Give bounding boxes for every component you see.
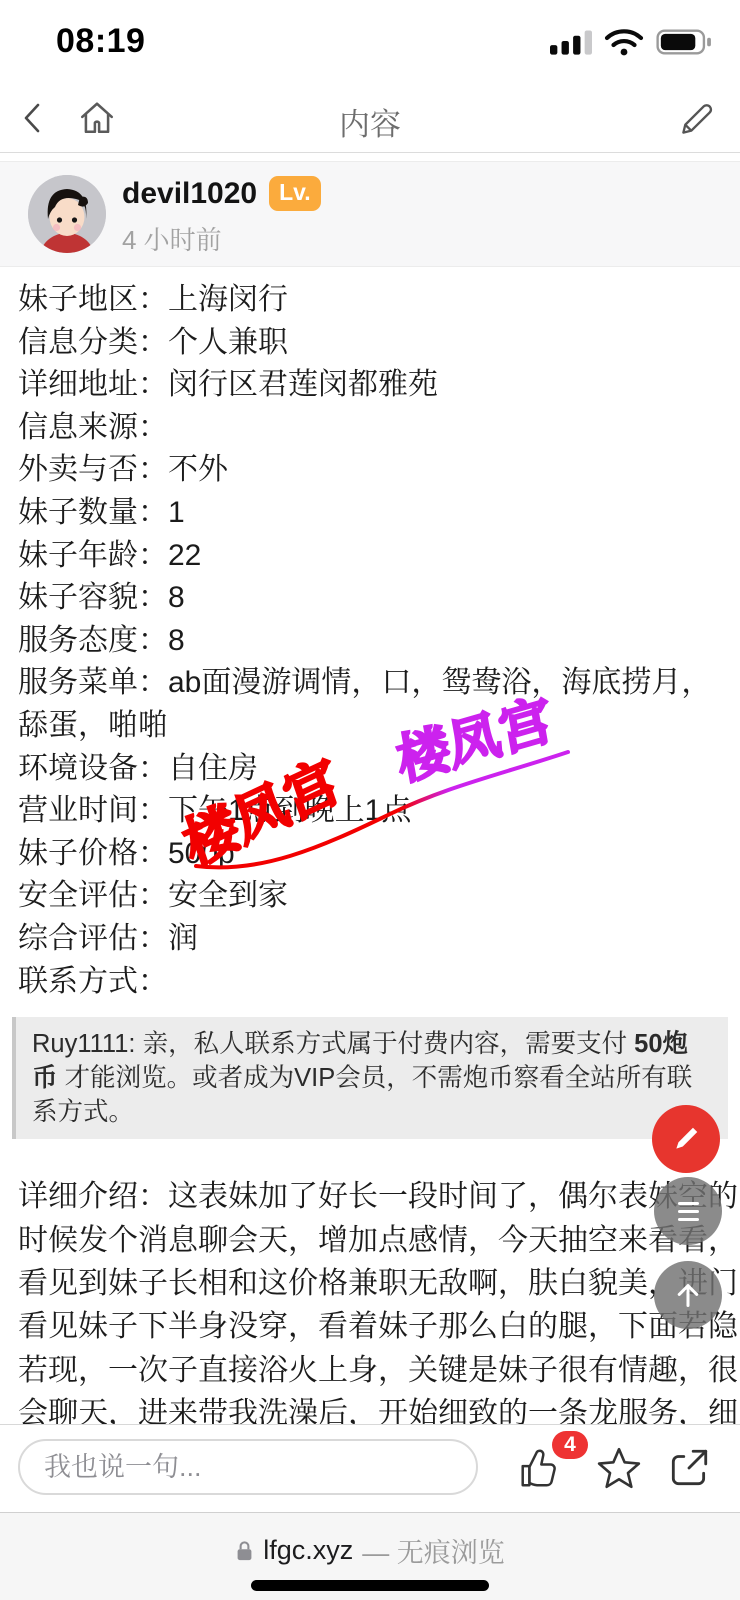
clock: 08:19 xyxy=(56,22,145,61)
battery-icon xyxy=(656,29,712,55)
post-time: 4 小时前 xyxy=(122,220,222,257)
avatar[interactable] xyxy=(28,175,106,253)
wifi-icon xyxy=(604,27,644,57)
menu-fab-button[interactable] xyxy=(654,1177,722,1245)
browser-bottom-bar: lfgc.xyz — 无痕浏览 xyxy=(0,1512,740,1600)
field-row: 营业时间：下午1点到晚上1点 xyxy=(18,790,740,833)
field-row: 外卖与否：不外 xyxy=(18,449,740,492)
field-row: 服务菜单：ab面漫游调情，口，鸳鸯浴，海底捞月，舔蛋，啪啪 xyxy=(18,662,740,747)
arrow-up-icon xyxy=(674,1281,702,1309)
compose-fab-button[interactable] xyxy=(652,1105,720,1173)
field-row: 安全评估：安全到家 xyxy=(18,875,740,918)
field-value: 自住房 xyxy=(168,752,258,785)
status-icons xyxy=(550,27,712,57)
field-label: 信息分类： xyxy=(18,326,168,359)
field-row: 综合评估：润 xyxy=(18,918,740,961)
author-name[interactable]: devil1020Lv. xyxy=(122,176,321,211)
field-value: 润 xyxy=(168,922,198,955)
author-section: devil1020Lv. 4 小时前 xyxy=(0,161,740,267)
field-value: 500p xyxy=(168,837,235,870)
field-label: 妹子容貌： xyxy=(18,581,168,614)
private-mode-label: — 无痕浏览 xyxy=(362,1531,505,1570)
field-value: 闵行区君莲闵都雅苑 xyxy=(168,368,438,401)
page-title: 内容 xyxy=(0,99,740,144)
field-value: 8 xyxy=(168,581,185,614)
menu-icon xyxy=(678,1202,699,1221)
status-bar: 08:19 xyxy=(0,0,740,85)
field-label: 妹子价格： xyxy=(18,837,168,870)
home-indicator[interactable] xyxy=(251,1580,489,1591)
field-label: 安全评估： xyxy=(18,879,168,912)
field-value: 下午1点到晚上1点 xyxy=(168,794,411,827)
field-row: 妹子价格：500p xyxy=(18,833,740,876)
field-label: 外卖与否： xyxy=(18,453,168,486)
field-row: 妹子容貌：8 xyxy=(18,577,740,620)
field-value: 8 xyxy=(168,624,185,657)
level-badge: Lv. xyxy=(269,176,321,211)
field-row: 联系方式： xyxy=(18,961,740,1004)
field-row: 环境设备：自住房 xyxy=(18,748,740,791)
phone-screen: 08:19 xyxy=(0,0,740,1600)
field-label: 妹子年龄： xyxy=(18,539,168,572)
field-list: 妹子地区：上海闵行 信息分类：个人兼职 详细地址：闵行区君莲闵都雅苑 信息来源：… xyxy=(18,279,740,1003)
nav-bar: 内容 xyxy=(0,85,740,153)
detail-paragraph: 详细介绍：这表妹加了好长一段时间了，偶尔表妹空的时候发个消息聊会天，增加点感情，… xyxy=(18,1175,740,1424)
field-label: 妹子数量： xyxy=(18,496,168,529)
field-label: 服务菜单： xyxy=(18,666,168,699)
favorite-star-icon[interactable] xyxy=(596,1445,642,1491)
lock-icon xyxy=(235,1539,254,1563)
comment-input-pill[interactable] xyxy=(18,1439,478,1495)
url-domain: lfgc.xyz xyxy=(263,1535,353,1566)
field-value: 1 xyxy=(168,496,185,529)
field-value: 不外 xyxy=(168,453,228,486)
edit-pencil-icon[interactable] xyxy=(676,99,714,137)
paywall-notice: Ruy1111: 亲，私人联系方式属于付费内容，需要支付 50炮币 才能浏览。或… xyxy=(12,1017,728,1139)
field-label: 环境设备： xyxy=(18,752,168,785)
field-value: 个人兼职 xyxy=(168,326,288,359)
field-label: 妹子地区： xyxy=(18,283,168,316)
address-display[interactable]: lfgc.xyz — 无痕浏览 xyxy=(0,1531,740,1570)
field-row: 服务态度：8 xyxy=(18,620,740,663)
field-row: 详细地址：闵行区君莲闵都雅苑 xyxy=(18,364,740,407)
field-label: 详细地址： xyxy=(18,368,168,401)
field-label: 营业时间： xyxy=(18,794,168,827)
field-label: 服务态度： xyxy=(18,624,168,657)
detail-label: 详细介绍： xyxy=(18,1180,168,1213)
scroll-top-fab-button[interactable] xyxy=(654,1261,722,1329)
field-label: 综合评估： xyxy=(18,922,168,955)
field-row: 信息来源： xyxy=(18,407,740,450)
detail-text: 这表妹加了好长一段时间了，偶尔表妹空的时候发个消息聊会天，增加点感情，今天抽空来… xyxy=(18,1180,738,1424)
cellular-signal-icon xyxy=(550,29,592,55)
field-row: 妹子地区：上海闵行 xyxy=(18,279,740,322)
field-value: 22 xyxy=(168,539,201,572)
field-label: 联系方式： xyxy=(18,965,168,998)
comment-bar: 4 xyxy=(0,1424,740,1513)
like-count-badge: 4 xyxy=(552,1431,588,1459)
field-row: 妹子数量：1 xyxy=(18,492,740,535)
field-row: 信息分类：个人兼职 xyxy=(18,322,740,365)
field-row: 妹子年龄：22 xyxy=(18,535,740,578)
field-value: 安全到家 xyxy=(168,879,288,912)
pencil-icon xyxy=(671,1124,701,1154)
share-icon[interactable] xyxy=(666,1445,712,1491)
field-value: 上海闵行 xyxy=(168,283,288,316)
comment-input[interactable] xyxy=(20,1441,476,1493)
post-content: 妹子地区：上海闵行 信息分类：个人兼职 详细地址：闵行区君莲闵都雅苑 信息来源：… xyxy=(0,265,740,1424)
field-label: 信息来源： xyxy=(18,411,168,444)
